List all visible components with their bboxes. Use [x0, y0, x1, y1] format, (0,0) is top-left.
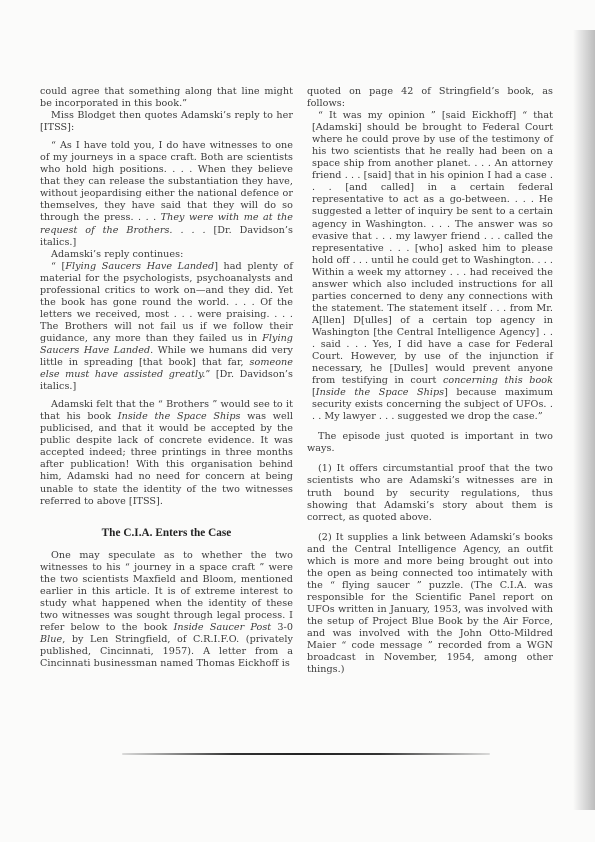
- text-run: “ As I have told you, I do have witnesse…: [40, 140, 293, 223]
- paragraph: (2) It supplies a link between Adamski’s…: [307, 532, 553, 677]
- paragraph: Adamski felt that the “ Brothers ” would…: [40, 399, 293, 507]
- page-binding-shadow: [573, 30, 595, 810]
- quoted-paragraph: “ As I have told you, I do have witnesse…: [40, 140, 293, 248]
- text-run: “ It was my opinion ” [said Eickhoff] “ …: [312, 110, 553, 386]
- italic-text: Flying Saucers Have Landed: [65, 261, 214, 272]
- paragraph: The episode just quoted is important in …: [307, 431, 553, 455]
- italic-text: Inside the Space Ships: [118, 411, 241, 422]
- italic-text: Inside Saucer Post: [174, 622, 272, 633]
- quoted-paragraph: “ It was my opinion ” [said Eickhoff] “ …: [312, 110, 553, 423]
- block-quote: “ It was my opinion ” [said Eickhoff] “ …: [307, 110, 553, 423]
- document-page: could agree that something along that li…: [0, 0, 595, 842]
- paragraph: (1) It offers circumstantial proof that …: [307, 463, 553, 523]
- left-column: could agree that something along that li…: [40, 86, 293, 670]
- paragraph: quoted on page 42 of Stringfield’s book,…: [307, 86, 553, 110]
- text-run: One may speculate as to whether the two …: [40, 550, 293, 633]
- end-rule-divider: [122, 753, 490, 755]
- italic-text: Blue: [40, 634, 62, 645]
- paragraph: One may speculate as to whether the two …: [40, 550, 293, 670]
- text-run: 3-0: [271, 622, 293, 633]
- quoted-paragraph: “ [Flying Saucers Have Landed] had plent…: [40, 261, 293, 394]
- text-run: , by Len Stringfield, of C.R.I.F.O. (pri…: [40, 634, 293, 669]
- text-run: “ [: [51, 261, 65, 272]
- italic-text: Inside the Space Ships: [316, 387, 444, 398]
- italic-text: concerning this book: [443, 375, 553, 386]
- paragraph: could agree that something along that li…: [40, 86, 293, 110]
- paragraph: Adamski’s reply continues:: [40, 249, 293, 261]
- right-column: quoted on page 42 of Stringfield’s book,…: [307, 86, 553, 676]
- section-heading: The C.I.A. Enters the Case: [40, 527, 293, 539]
- text-run: was well publicised, and that it would b…: [40, 411, 293, 506]
- text-run: ] had plenty of material for the psychol…: [40, 261, 293, 344]
- paragraph: Miss Blodget then quotes Adamski’s reply…: [40, 110, 293, 134]
